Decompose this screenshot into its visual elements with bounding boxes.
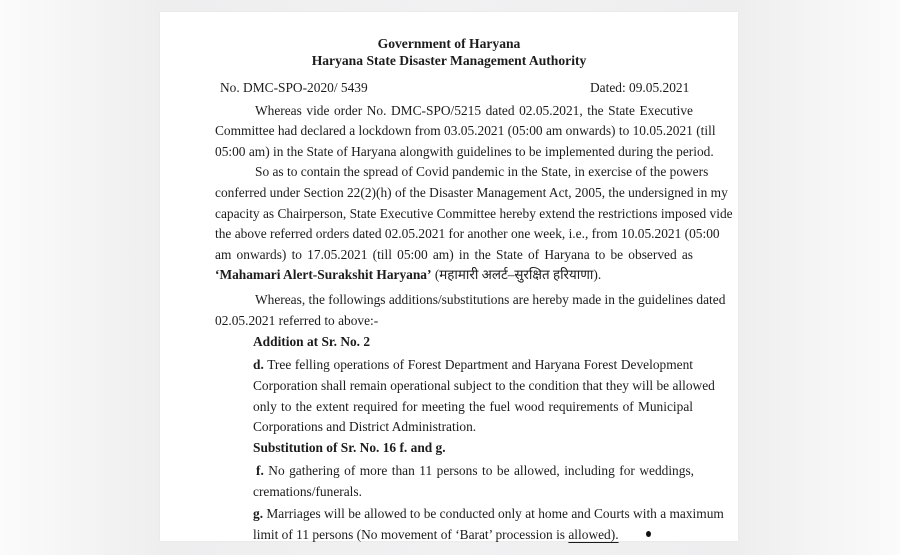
campaign-name-hindi: (महामारी अलर्ट–सुरक्षित हरियाणा). <box>431 267 601 282</box>
item-label: f. <box>256 463 264 478</box>
substitution-item-g: g. Marriages will be allowed to be condu… <box>253 506 694 522</box>
header-government: Government of Haryana <box>160 36 738 52</box>
para2-line: am onwards) to 17.05.2021 (till 05:00 am… <box>215 247 693 263</box>
addition-item-d: d. Tree felling operations of Forest Dep… <box>253 357 693 373</box>
addition-line: Corporation shall remain operational sub… <box>253 378 693 394</box>
para3-line: 02.05.2021 referred to above:- <box>215 313 378 329</box>
para2-line: the above referred orders dated 02.05.20… <box>215 226 693 242</box>
para2-line: capacity as Chairperson, State Executive… <box>215 206 693 222</box>
para2-line: So as to contain the spread of Covid pan… <box>255 164 693 180</box>
substitution-item-f: f. No gathering of more than 11 persons … <box>256 463 694 479</box>
para1-line: Committee had declared a lockdown from 0… <box>215 123 693 139</box>
para2-line: conferred under Section 22(2)(h) of the … <box>215 185 693 201</box>
addition-line: only to the extent required for meeting … <box>253 399 693 415</box>
document-page: Government of Haryana Haryana State Disa… <box>160 12 738 541</box>
ink-dot <box>646 531 651 537</box>
reference-number: No. DMC-SPO-2020/ 5439 <box>220 80 368 96</box>
para1-line: Whereas vide order No. DMC-SPO/5215 date… <box>255 103 693 119</box>
header-authority: Haryana State Disaster Management Author… <box>160 53 738 69</box>
substitution-line: cremations/funerals. <box>253 484 362 500</box>
substitution-line: limit of 11 persons (No movement of ‘Bar… <box>253 527 619 543</box>
campaign-name-english: ‘Mahamari Alert-Surakshit Haryana’ <box>215 267 431 282</box>
item-label: d. <box>253 357 264 372</box>
addition-line: Corporations and District Administration… <box>253 419 476 435</box>
addition-heading: Addition at Sr. No. 2 <box>253 334 370 350</box>
campaign-name-line: ‘Mahamari Alert-Surakshit Haryana’ (महाम… <box>215 267 601 283</box>
para1-line: 05:00 am) in the State of Haryana alongw… <box>215 144 714 160</box>
date: Dated: 09.05.2021 <box>590 80 689 96</box>
underlined-text: allowed). <box>568 527 618 542</box>
item-label: g. <box>253 506 263 521</box>
para3-line: Whereas, the followings additions/substi… <box>255 292 693 308</box>
substitution-heading: Substitution of Sr. No. 16 f. and g. <box>253 440 446 456</box>
